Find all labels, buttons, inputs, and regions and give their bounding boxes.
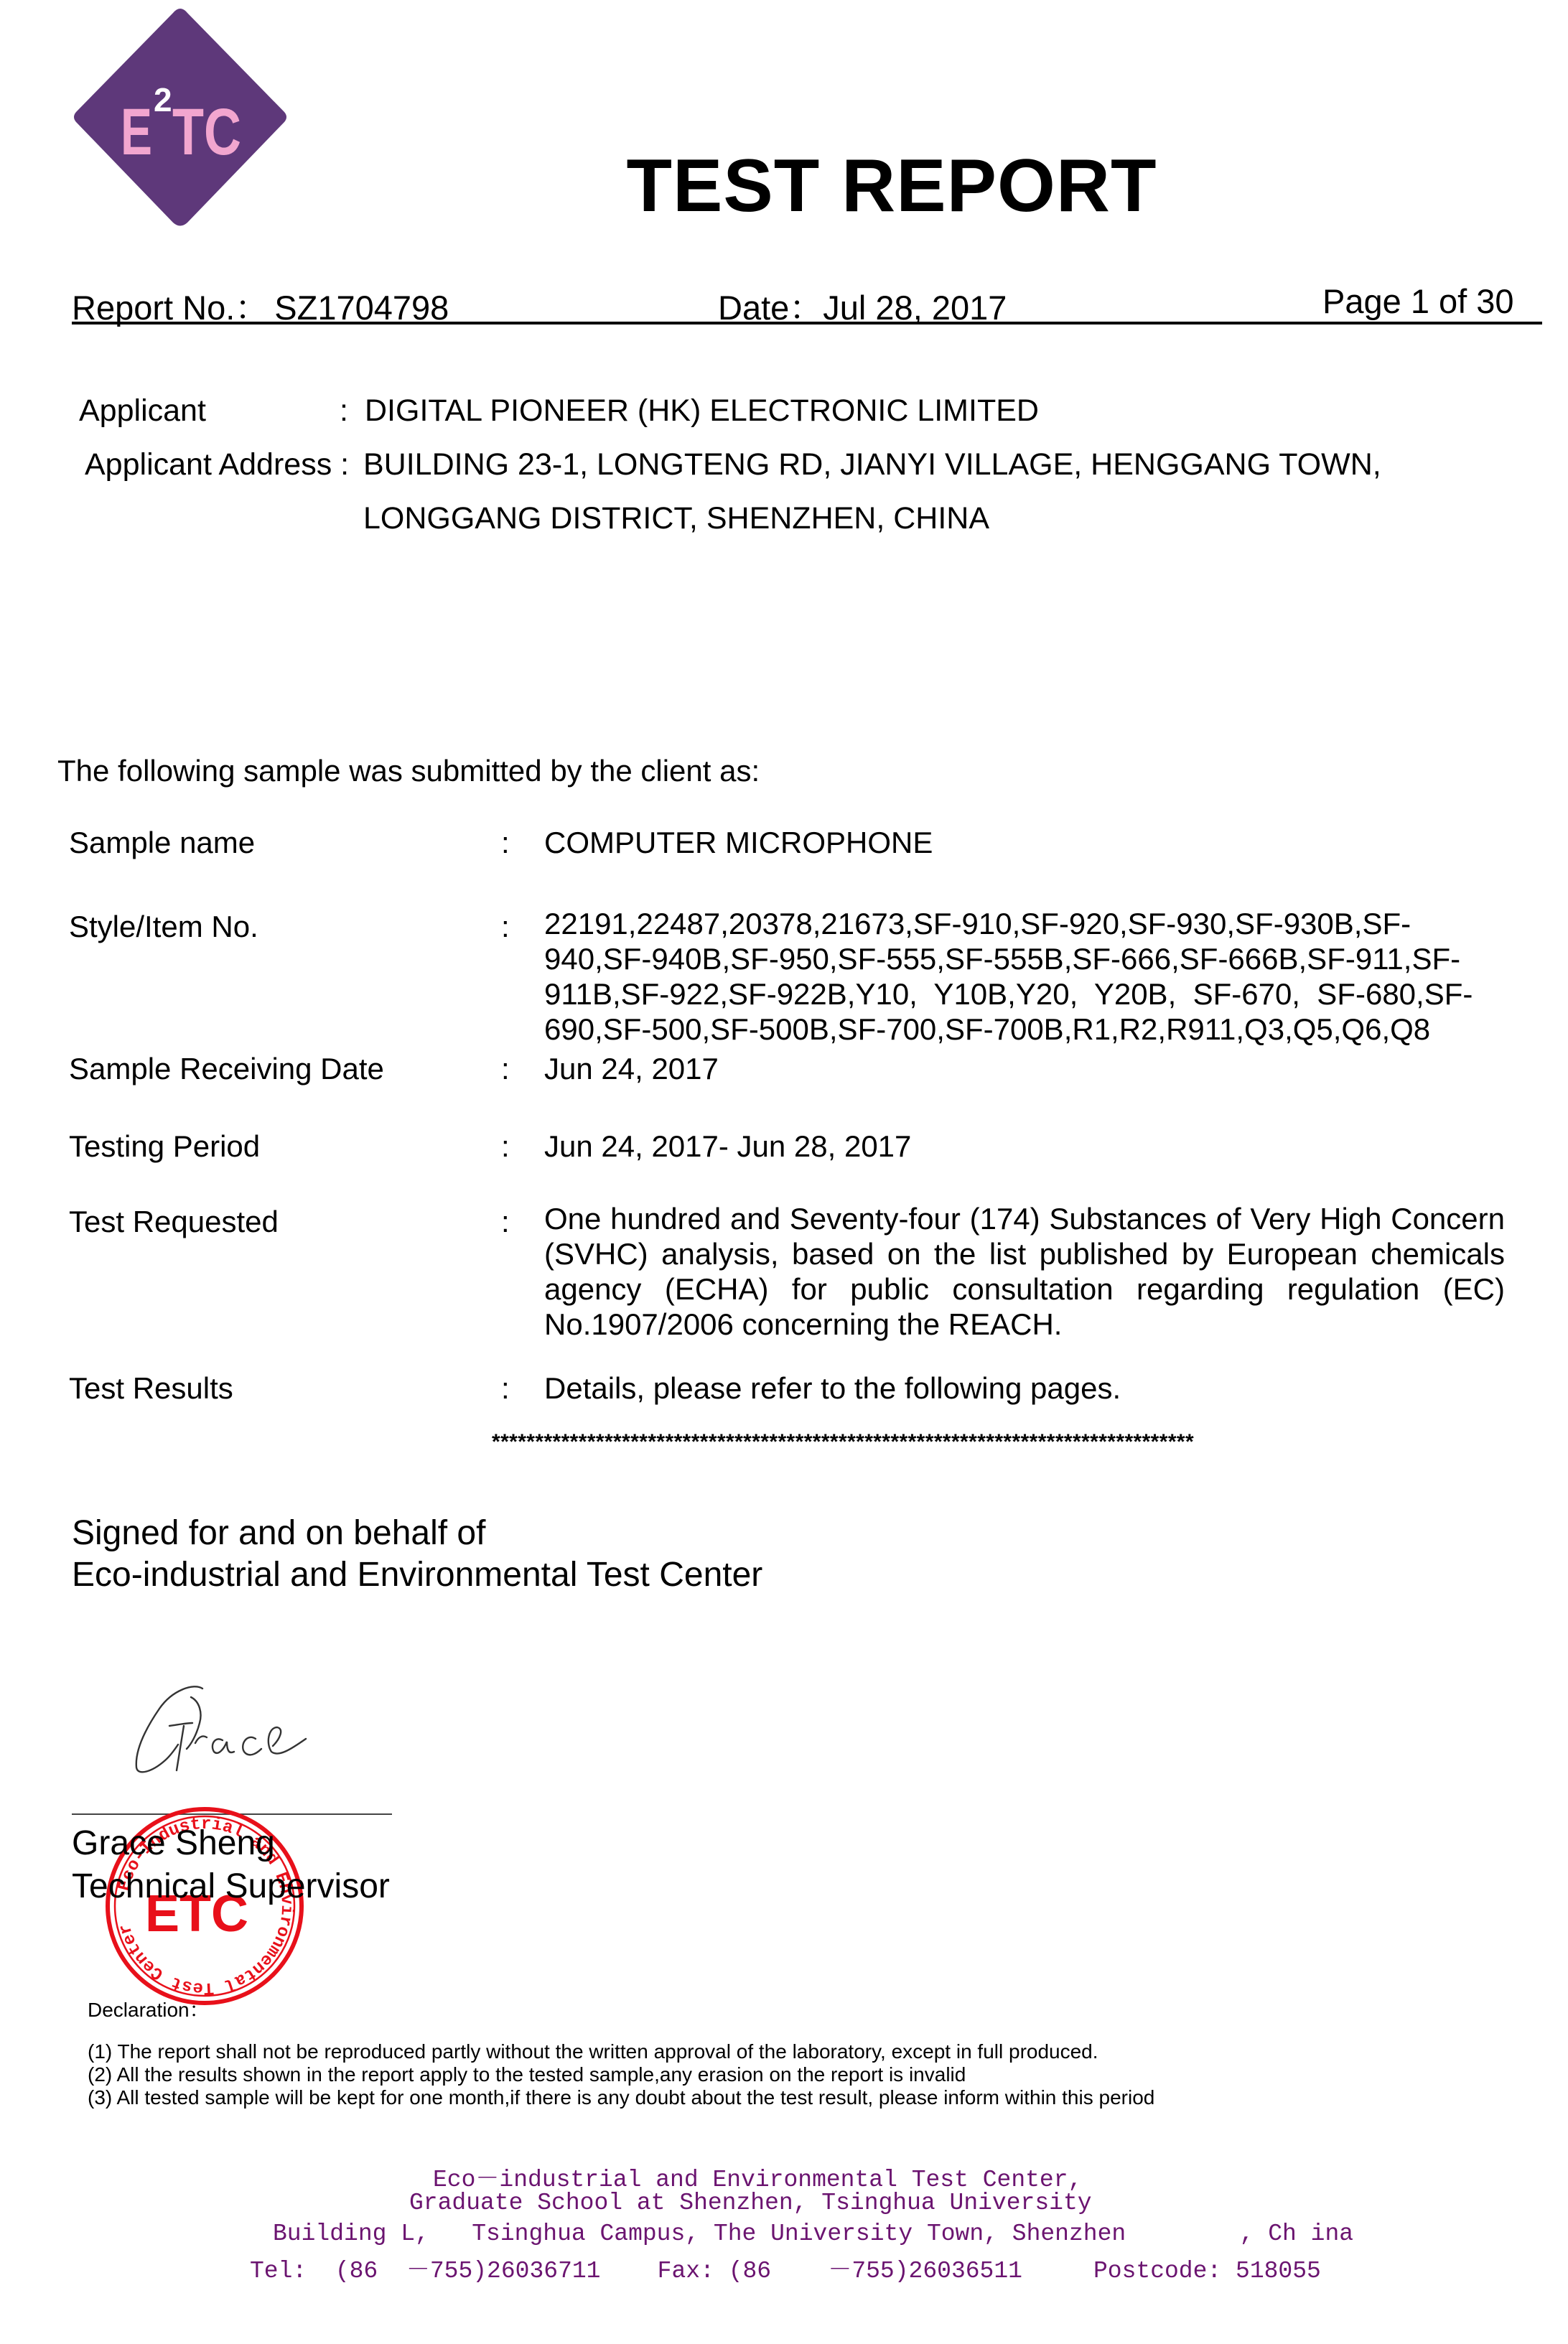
- style-item-value: 22191,22487,20378,21673,SF-910,SF-920,SF…: [544, 906, 1506, 1047]
- colon: :: [501, 826, 510, 860]
- declaration-item: (1) The report shall not be reproduced p…: [88, 2040, 1098, 2063]
- applicant-address-line2: LONGGANG DISTRICT, SHENZHEN, CHINA: [363, 501, 989, 536]
- header-divider: [72, 322, 1542, 324]
- applicant-address-line1: BUILDING 23-1, LONGTENG RD, JIANYI VILLA…: [363, 447, 1381, 482]
- sample-name-value: COMPUTER MICROPHONE: [544, 826, 933, 860]
- sample-name-label: Sample name: [69, 826, 255, 860]
- asterisk-separator: ****************************************…: [492, 1430, 1194, 1455]
- colon: :: [501, 1205, 510, 1239]
- test-requested-label: Test Requested: [69, 1205, 279, 1239]
- testing-period-value: Jun 24, 2017- Jun 28, 2017: [544, 1129, 911, 1164]
- signatory-name: Grace Sheng: [72, 1824, 275, 1863]
- sample-intro: The following sample was submitted by th…: [57, 754, 760, 788]
- footer-line-contact: Tel: (86 －755)26036711 Fax: (86 －755)260…: [250, 2251, 1321, 2284]
- test-requested-value: One hundred and Seventy-four (174) Subst…: [544, 1201, 1505, 1342]
- receiving-date-label: Sample Receiving Date: [69, 1052, 384, 1086]
- declaration-item: (2) All the results shown in the report …: [88, 2063, 966, 2086]
- signed-for-line2: Eco-industrial and Environmental Test Ce…: [72, 1555, 762, 1594]
- colon: :: [501, 1129, 510, 1164]
- style-item-label: Style/Item No.: [69, 910, 258, 944]
- test-results-value: Details, please refer to the following p…: [544, 1371, 1121, 1406]
- declaration-title: Declaration：: [88, 1994, 210, 2023]
- test-results-label: Test Results: [69, 1371, 233, 1406]
- declaration-item: (3) All tested sample will be kept for o…: [88, 2086, 1154, 2109]
- applicant-value: DIGITAL PIONEER (HK) ELECTRONIC LIMITED: [365, 393, 1039, 429]
- colon: :: [501, 910, 510, 944]
- svg-text:2: 2: [154, 81, 172, 118]
- page-indicator: Page 1 of 30: [1322, 281, 1514, 321]
- page-title: TEST REPORT: [0, 144, 1568, 229]
- applicant-label: Applicant: [79, 393, 206, 429]
- signatory-position: Technical Supervisor: [72, 1867, 390, 1906]
- handwritten-signature: [115, 1680, 330, 1780]
- colon: :: [501, 1052, 510, 1086]
- receiving-date-value: Jun 24, 2017: [544, 1052, 719, 1086]
- footer-line-school: Graduate School at Shenzhen, Tsinghua Un…: [409, 2190, 1092, 2216]
- applicant-colon: :: [340, 393, 348, 429]
- footer-line-org: Eco－industrial and Environmental Test Ce…: [433, 2159, 1082, 2193]
- footer-line-address: Building L, Tsinghua Campus, The Univers…: [273, 2221, 1353, 2247]
- testing-period-label: Testing Period: [69, 1129, 260, 1164]
- signed-for-line1: Signed for and on behalf of: [72, 1513, 485, 1553]
- applicant-address-label: Applicant Address :: [85, 447, 349, 482]
- colon: :: [501, 1371, 510, 1406]
